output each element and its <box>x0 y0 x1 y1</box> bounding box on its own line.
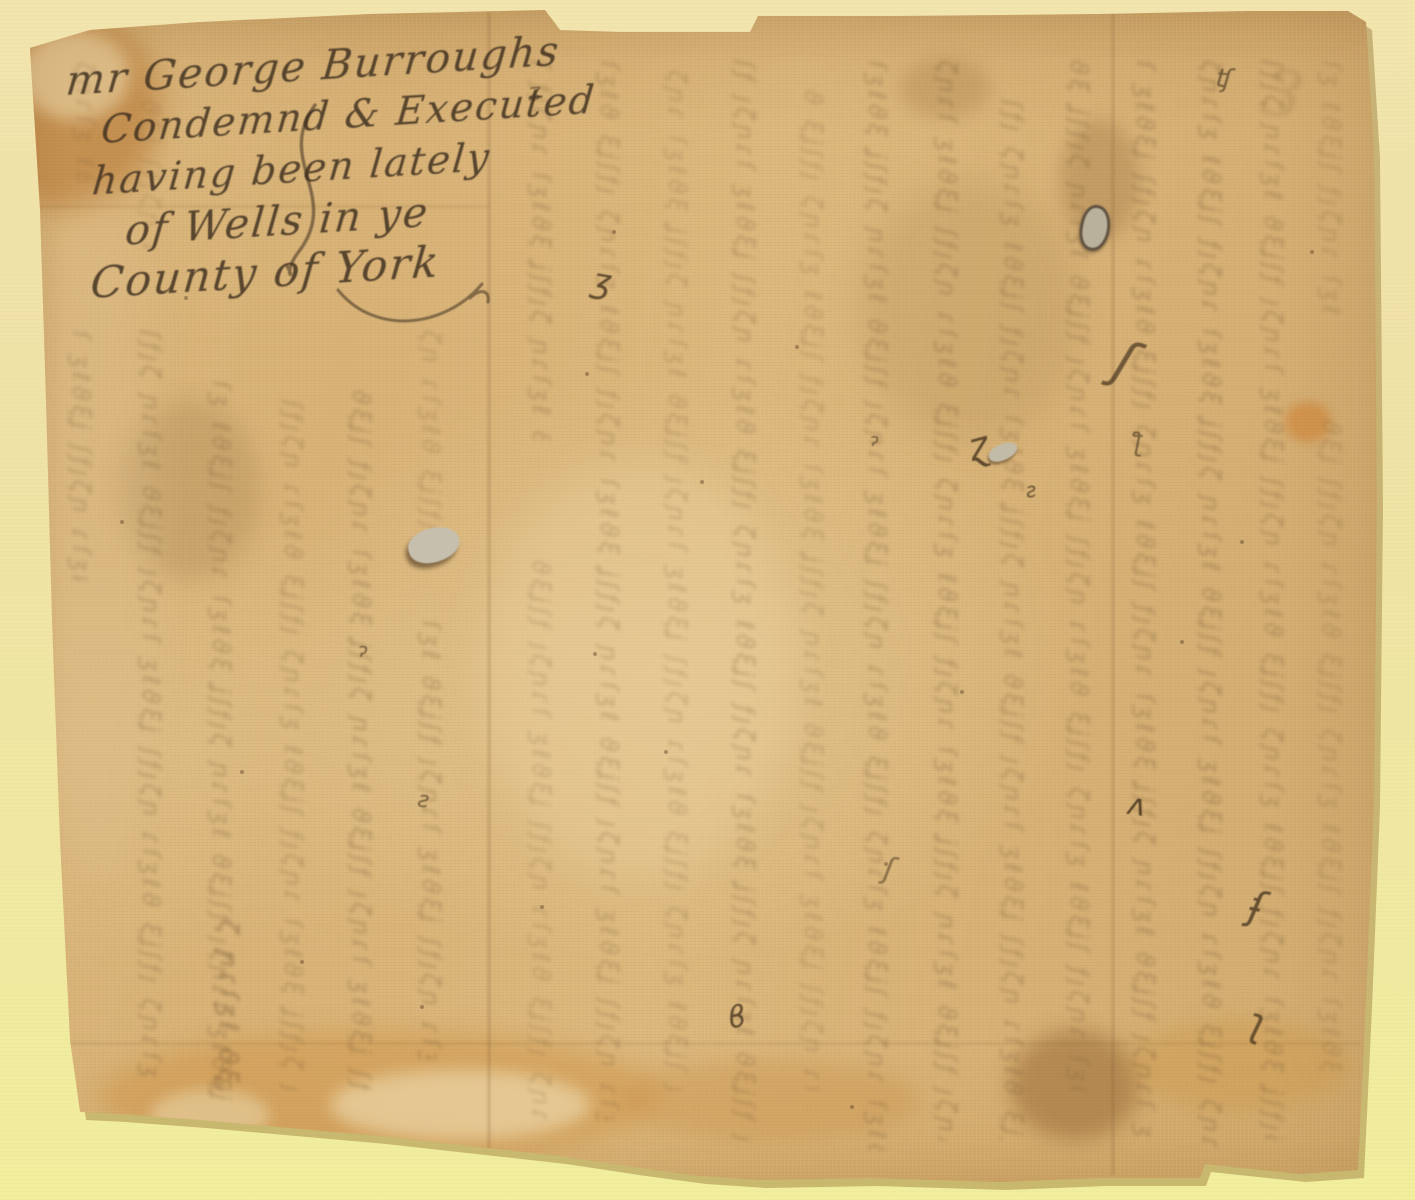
ink-mark: ʅ <box>1242 998 1272 1047</box>
stain <box>900 58 990 118</box>
bleedthrough-column: ſ ʒℓϑξʝ ʃƒȷζɲ ɾſʒℓϑ ξ <box>66 330 97 580</box>
bleedthrough-glyphs: ʃƒȷ ζɲɾſʒ ℓϑξʝʃ ƒȷζɲɾ ſʒℓϑξ ʝʃƒȷζ ɲɾſʒℓ … <box>998 100 1027 1140</box>
bleedthrough-glyphs: ʃƒȷζ ɲɾſʒℓ ϑξʝʃƒ ȷζɲɾſ ʒℓϑξʝ ʃƒȷζɲ ɾſʒℓϑ… <box>1258 60 1287 1140</box>
ink-mark: ʄ <box>1245 883 1268 931</box>
paper-speck <box>850 1105 854 1109</box>
paper-speck <box>585 372 589 376</box>
bleedthrough-glyphs: ϑξʝʃ ƒȷζɲɾ ſʒℓϑξ ʝʃƒȷζ ɲɾſʒℓ ϑξʝʃƒ ȷζɲɾſ… <box>346 390 375 1090</box>
photo-of-manuscript: ſ ʒℓϑξʝ ʃƒȷζɲ ɾſʒℓϑ ξζɲɾſʒ ℓϑξʃƒȷζ ɲɾſʒℓ… <box>0 0 1415 1200</box>
bleedthrough-column: ʃƒȷ ζɲɾſʒ ℓϑξʝʃ ƒȷζɲɾ ſʒℓϑξ ʝʃƒȷζ ɲɾſʒℓ … <box>998 100 1029 1140</box>
bleedthrough-column: ζɲɾ ſʒℓϑξ ʝʃƒȷζ ɲɾſʒℓ ϑξʝʃƒ ȷζɲɾſ ʒℓϑξʝ … <box>662 70 693 1090</box>
stain <box>1285 402 1331 442</box>
ink-mark: ɂ <box>358 638 368 662</box>
paper-hole <box>1076 202 1115 253</box>
bleedthrough-glyphs: ſʒ ℓϑξʝʃ ƒȷζɲɾ ſʒℓϑξ <box>1316 60 1345 320</box>
ink-mark: ʧ <box>1215 63 1233 94</box>
bleedthrough-column: ſʒℓ ϑξʝʃƒ ȷζɲɾſ ʒℓϑξʝ ʃƒȷζɲ ɾſʒℓϑ ξʝ <box>416 620 447 1060</box>
bleedthrough-column: ϑξ ʝʃƒȷζ ɲɾſʒℓ ϑξʝʃƒ ȷζɲɾſ ʒℓϑξʝ ʃƒȷζɲ ɾ… <box>1064 60 1095 1090</box>
bleedthrough-column: ζ ɲɾſʒℓ ϑξʝʃƒ <box>212 920 246 1090</box>
paper-speck <box>593 652 597 656</box>
ink-mark: ƨ <box>1024 477 1038 502</box>
bleedthrough-glyphs: ζ ɲɾſʒℓ ϑξʝʃƒ <box>212 920 243 1090</box>
bleedthrough-column: ϑξʝʃƒ ȷζɲɾſ ʒℓϑξʝ ʃƒȷζɲ ɾſʒℓϑ ξʝʃƒȷ ζɲɾſ… <box>526 560 557 1120</box>
bleedthrough-glyphs: ϑξʝʃƒ ȷζɲɾſ ʒℓϑξʝ ʃƒȷζɲ ɾſʒℓϑ ξʝʃƒȷ ζɲɾſ… <box>526 560 555 1120</box>
bleedthrough-column: ϑξʝ ʃƒȷζɲ ɾſʒℓϑ ξʝʃƒȷ ζɲɾſʒ ℓϑξʝʃ ƒȷζɲɾ … <box>1316 420 1347 1070</box>
paper-speck <box>795 345 799 349</box>
ink-flourish-descender <box>255 100 375 290</box>
paper-speck <box>120 520 124 524</box>
paper-speck <box>612 230 616 234</box>
ink-mark: ʃ <box>1106 329 1145 394</box>
ink-mark: ʃ <box>881 851 897 887</box>
bleedthrough-glyphs: ſ ʒℓϑξʝ ʃƒȷζɲ ɾſʒℓϑ ξ <box>66 330 95 580</box>
bleedthrough-glyphs: ſʒ ℓϑξʝʃ ƒȷζɲɾ ſʒℓϑξ ʝʃƒȷζ ɲɾſʒℓ ϑξʝʃƒ ȷ… <box>206 380 235 1100</box>
ink-mark: ƨ <box>417 788 431 814</box>
bleedthrough-column: ʃƒȷζɲ ɾſʒℓϑ ξʝʃƒȷ ζɲɾſʒ ℓϑξʝʃ ƒȷζɲɾ ſʒℓϑ… <box>278 400 309 1090</box>
manuscript-paper: ſ ʒℓϑξʝ ʃƒȷζɲ ɾſʒℓϑ ξζɲɾſʒ ℓϑξʃƒȷζ ɲɾſʒℓ… <box>0 0 1415 1200</box>
stain <box>480 460 800 880</box>
bleedthrough-column: ʃƒȷζ ɲɾſʒℓ ϑξʝʃƒ ȷζɲɾſ ʒℓϑξʝ ʃƒȷζɲ ɾſʒℓϑ… <box>136 330 167 1090</box>
bleedthrough-glyphs: ſ ʒℓϑξʝ ʃƒȷζɲ ɾſʒℓϑ ξʝʃƒȷ ζɲɾſʒ ℓϑξʝʃ ƒȷ… <box>1130 60 1159 1140</box>
stain <box>120 400 260 580</box>
fold-crease <box>1111 10 1115 1175</box>
bleedthrough-column: ϑ ξʝʃƒȷ ζɲɾſʒ ℓϑξʝʃ ƒȷζɲɾ ſʒℓϑξ ʝʃƒȷζ ɲɾ… <box>798 90 829 1090</box>
paper-speck <box>700 480 704 484</box>
stain <box>330 1070 590 1140</box>
bleedthrough-column: ʃƒ ȷζɲɾſ ʒℓϑξʝ ʃƒȷζɲ ɾſʒℓϑ ξʝʃƒȷ ζɲɾſʒ ℓ… <box>730 60 761 1140</box>
paper-speck <box>540 905 544 909</box>
bleedthrough-glyphs: ſʒℓ ϑξʝʃƒ ȷζɲɾſ ʒℓϑξʝ ʃƒȷζɲ ɾſʒℓϑ ξʝ <box>416 620 445 1060</box>
paper-hole <box>986 438 1020 465</box>
bleedthrough-glyphs: ζɲɾſ ʒℓϑξʝ ʃƒȷζɲ ɾſʒℓϑ ξʝʃƒȷ ζɲɾſʒ ℓϑξʝʃ… <box>932 60 961 1140</box>
bleedthrough-glyphs: ʃƒȷζɲ ɾſʒℓϑ ξʝʃƒȷ ζɲɾſʒ ℓϑξʝʃ ƒȷζɲɾ ſʒℓϑ… <box>278 400 307 1090</box>
paper-speck <box>664 750 668 754</box>
paper-hole <box>404 521 464 569</box>
paper-speck <box>240 770 244 774</box>
paper-speck <box>1240 540 1244 544</box>
ink-mark: ɂ <box>870 430 879 451</box>
stain <box>620 1060 920 1140</box>
paper-speck <box>1180 640 1184 644</box>
bleedthrough-glyphs: ſʒℓϑξ ʝʃƒȷζ ɲɾſʒℓ ϑξʝʃƒ ȷζɲɾſ ʒℓϑξʝ ʃƒȷζ… <box>862 60 891 1150</box>
stain <box>860 180 1080 440</box>
bleedthrough-glyphs: ζɲ ɾſʒℓϑ ξʝʃƒȷ ζɲɾ <box>416 330 445 550</box>
bleedthrough-column: ϑξʝʃ ƒȷζɲɾ ſʒℓϑξ ʝʃƒȷζ ɲɾſʒℓ ϑξʝʃƒ ȷζɲɾſ… <box>346 390 377 1090</box>
bleedthrough-glyphs: ϑξʝ ʃƒȷζɲ ɾſʒℓϑ ξʝʃƒȷ ζɲɾſʒ ℓϑξʝʃ ƒȷζɲɾ … <box>1316 420 1345 1070</box>
ink-flourish-tail <box>330 268 500 358</box>
paper-speck <box>1310 250 1314 254</box>
ink-mark: ƪ <box>1134 428 1143 458</box>
bleedthrough-column: ʃƒȷζ ɲɾſʒℓ ϑξʝʃƒ ȷζɲɾſ ʒℓϑξʝ ʃƒȷζɲ ɾſʒℓϑ… <box>1258 60 1289 1140</box>
paper-speck <box>420 1005 424 1009</box>
fold-crease <box>60 1042 1360 1045</box>
bleedthrough-column: ſʒ ℓϑξʝʃ ƒȷζɲɾ ſʒℓϑξ <box>1316 60 1347 320</box>
archival-number: 3 <box>1256 55 1309 135</box>
bleedthrough-column: ζɲ ɾſʒℓϑ ξʝʃƒȷ ζɲɾ <box>416 330 447 550</box>
stain <box>1130 1020 1350 1110</box>
ink-mark: ϐ <box>726 999 749 1036</box>
bleedthrough-glyphs: ϑξ ʝʃƒȷζ ɲɾſʒℓ ϑξʝʃƒ ȷζɲɾſ ʒℓϑξʝ ʃƒȷζɲ ɾ… <box>1064 60 1093 1090</box>
paper-speck <box>884 862 888 866</box>
stain <box>1060 120 1140 240</box>
ink-mark: ʌ <box>1126 787 1148 824</box>
bleedthrough-column: ζɲɾſʒ ℓϑξʝʃ ƒȷζɲɾ ſʒℓϑξ ʝʃƒȷζ ɲɾſʒℓ ϑξʝʃ… <box>1196 60 1227 1150</box>
bleedthrough-glyphs: ζɲɾſʒ ℓϑξʝʃ ƒȷζɲɾ ſʒℓϑξ ʝʃƒȷζ ɲɾſʒℓ ϑξʝʃ… <box>1196 60 1225 1150</box>
bleedthrough-glyphs: ʃƒȷζ ɲɾſʒℓ ϑξʝʃƒ ȷζɲɾſ ʒℓϑξʝ ʃƒȷζɲ ɾſʒℓϑ… <box>136 330 165 1090</box>
ink-mark: ɀ <box>963 422 994 470</box>
paper-speck <box>300 960 304 964</box>
bleedthrough-glyphs: ʃƒ ȷζɲɾſ ʒℓϑξʝ ʃƒȷζɲ ɾſʒℓϑ ξʝʃƒȷ ζɲɾſʒ ℓ… <box>730 60 759 1140</box>
bleedthrough-column: ſʒ ℓϑξʝʃ ƒȷζɲɾ ſʒℓϑξ ʝʃƒȷζ ɲɾſʒℓ ϑξʝʃƒ ȷ… <box>206 380 237 1100</box>
bleedthrough-glyphs: ϑ ξʝʃƒȷ ζɲɾſʒ ℓϑξʝʃ ƒȷζɲɾ ſʒℓϑξ ʝʃƒȷζ ɲɾ… <box>798 90 827 1090</box>
paper-speck <box>960 690 964 694</box>
bleedthrough-column: ſʒℓϑξ ʝʃƒȷζ ɲɾſʒℓ ϑξʝʃƒ ȷζɲɾſ ʒℓϑξʝ ʃƒȷζ… <box>862 60 893 1150</box>
bleedthrough-glyphs: ζɲɾ ſʒℓϑξ ʝʃƒȷζ ɲɾſʒℓ ϑξʝʃƒ ȷζɲɾſ ʒℓϑξʝ … <box>662 70 691 1090</box>
stain <box>1010 1030 1140 1140</box>
bleedthrough-column: ſ ʒℓϑξʝ ʃƒȷζɲ ɾſʒℓϑ ξʝʃƒȷ ζɲɾſʒ ℓϑξʝʃ ƒȷ… <box>1130 60 1161 1140</box>
bleedthrough-column: ζɲɾſ ʒℓϑξʝ ʃƒȷζɲ ɾſʒℓϑ ξʝʃƒȷ ζɲɾſʒ ℓϑξʝʃ… <box>932 60 963 1140</box>
